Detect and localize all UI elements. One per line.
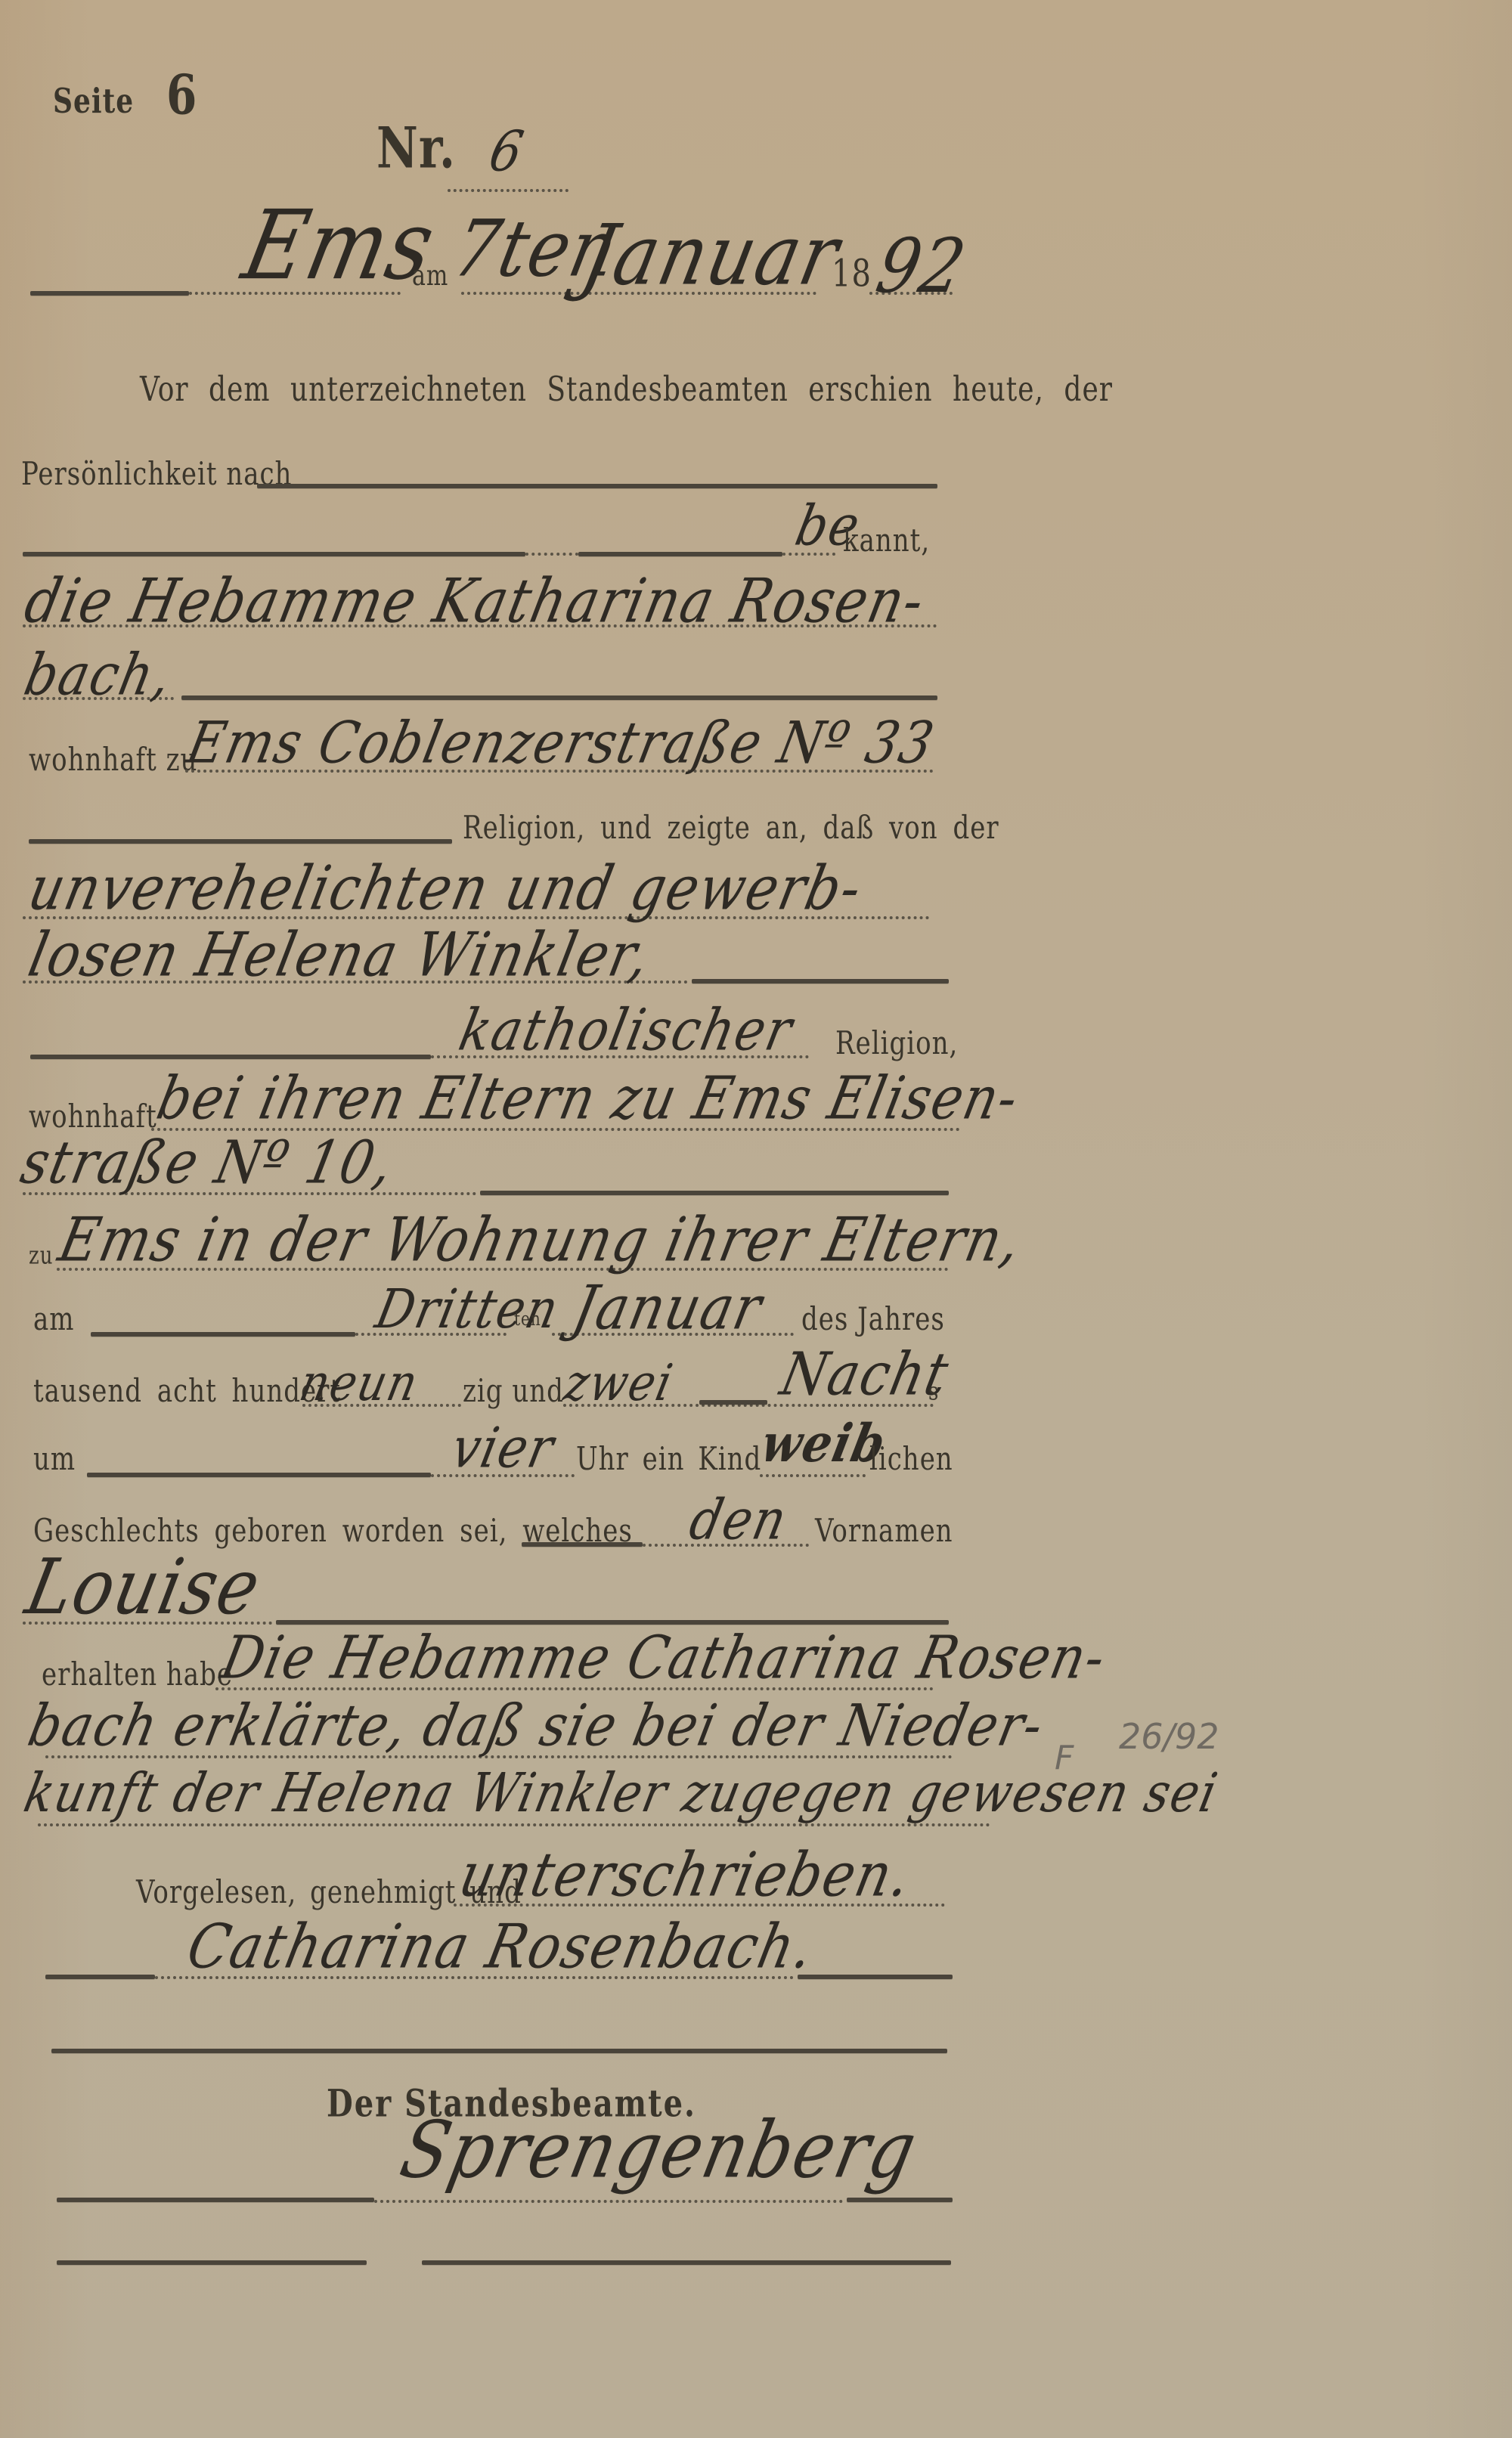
thousand-label: tausend acht hundert — [33, 1372, 341, 1410]
mother-line-1: unverehelichten und gewerb- — [23, 853, 869, 924]
rule — [29, 839, 452, 844]
mother-religion: katholischer — [454, 996, 799, 1064]
religion-label: Religion, und zeigte an, daß von der — [463, 809, 999, 847]
birth-month: Januar — [567, 1272, 769, 1343]
rule — [699, 1400, 767, 1405]
registrar-signature: Sprengenberg — [393, 2105, 925, 2196]
hour: vier — [446, 1417, 560, 1481]
rule — [522, 1542, 643, 1547]
informant-residence: Ems Coblenzerstraße Nº 33 — [181, 709, 940, 776]
margin-note-initial: F — [1055, 1739, 1074, 1777]
place-label: zu — [29, 1242, 53, 1271]
on-label: am — [33, 1300, 75, 1338]
year-ones: zwei — [559, 1353, 679, 1412]
received-label: erhalten habe — [42, 1656, 233, 1693]
religion-label-2: Religion, — [835, 1024, 958, 1062]
rule — [57, 2260, 367, 2265]
birth-place: Ems in der Wohnung ihrer Eltern, — [53, 1204, 1028, 1275]
remark-line-1: Die Hebamme Catharina Rosen- — [215, 1624, 1112, 1693]
rule — [51, 2049, 947, 2053]
year-tens: neun — [295, 1353, 424, 1412]
mother-residence-line-1: bei ihren Eltern zu Ems Elisen- — [151, 1064, 1025, 1133]
mother-residence-line-2: straße Nº 10, — [15, 1129, 400, 1197]
rule — [23, 552, 525, 556]
birth-day-suffix: ten — [514, 1307, 541, 1330]
child-label: Uhr ein Kind — [576, 1440, 761, 1478]
rule — [480, 1191, 949, 1195]
rule — [91, 1332, 355, 1337]
informant-line-2: bach, — [19, 641, 178, 708]
date-month: Januar — [575, 206, 848, 304]
name-article: den — [684, 1489, 793, 1553]
date-prefix: am — [412, 259, 448, 293]
zig-und-label: zig und — [463, 1372, 564, 1410]
rule — [30, 1055, 431, 1059]
rule — [181, 695, 937, 700]
year-suffix: 92 — [869, 223, 974, 310]
rule — [760, 1474, 866, 1477]
entry-number: 6 — [484, 120, 530, 184]
informant-line-1: die Hebamme Katharina Rosen- — [19, 565, 931, 637]
margin-note-ref: 26/92 — [1119, 1716, 1219, 1757]
of-year-label: des Jahres — [801, 1300, 945, 1338]
rule — [422, 2260, 951, 2265]
intro-text: Vor dem unterzeichneten Standesbeamten e… — [140, 370, 1113, 409]
sex-suffix: lichen — [869, 1440, 953, 1478]
entry-label: Nr. — [376, 116, 456, 182]
rule — [57, 2198, 374, 2202]
rule — [257, 484, 937, 488]
remark-line-2: bach erklärte, daß sie bei der Nieder- — [23, 1692, 1050, 1759]
child-name: Louise — [19, 1542, 269, 1631]
informant-signature: Catharina Rosenbach. — [181, 1911, 821, 1982]
remark-line-3: kunft der Helena Winkler zugegen gewesen… — [19, 1761, 1224, 1824]
rule — [692, 979, 949, 984]
mother-line-2: losen Helena Winkler, — [23, 919, 657, 990]
rule — [578, 552, 782, 556]
rule — [374, 2200, 843, 2203]
residence-label: wohnhaft zu — [29, 741, 197, 779]
first-name-label: Vornamen — [815, 1512, 953, 1550]
rule — [798, 1975, 953, 1979]
rule — [45, 1975, 155, 1979]
signed-word: unterschrieben. — [454, 1839, 918, 1910]
page-label: Seite — [53, 82, 134, 122]
rule — [87, 1473, 431, 1477]
rule — [525, 553, 578, 556]
at-label: um — [33, 1440, 76, 1478]
entry-number-line — [448, 189, 569, 192]
rule — [847, 2198, 953, 2202]
time-suffix: s — [928, 1378, 939, 1407]
personality-label: Persönlichkeit nach — [21, 455, 292, 493]
year-prefix: 18 — [832, 252, 872, 296]
rule — [30, 291, 189, 296]
page-number: 6 — [166, 63, 197, 127]
known-label: kannt, — [843, 522, 930, 559]
